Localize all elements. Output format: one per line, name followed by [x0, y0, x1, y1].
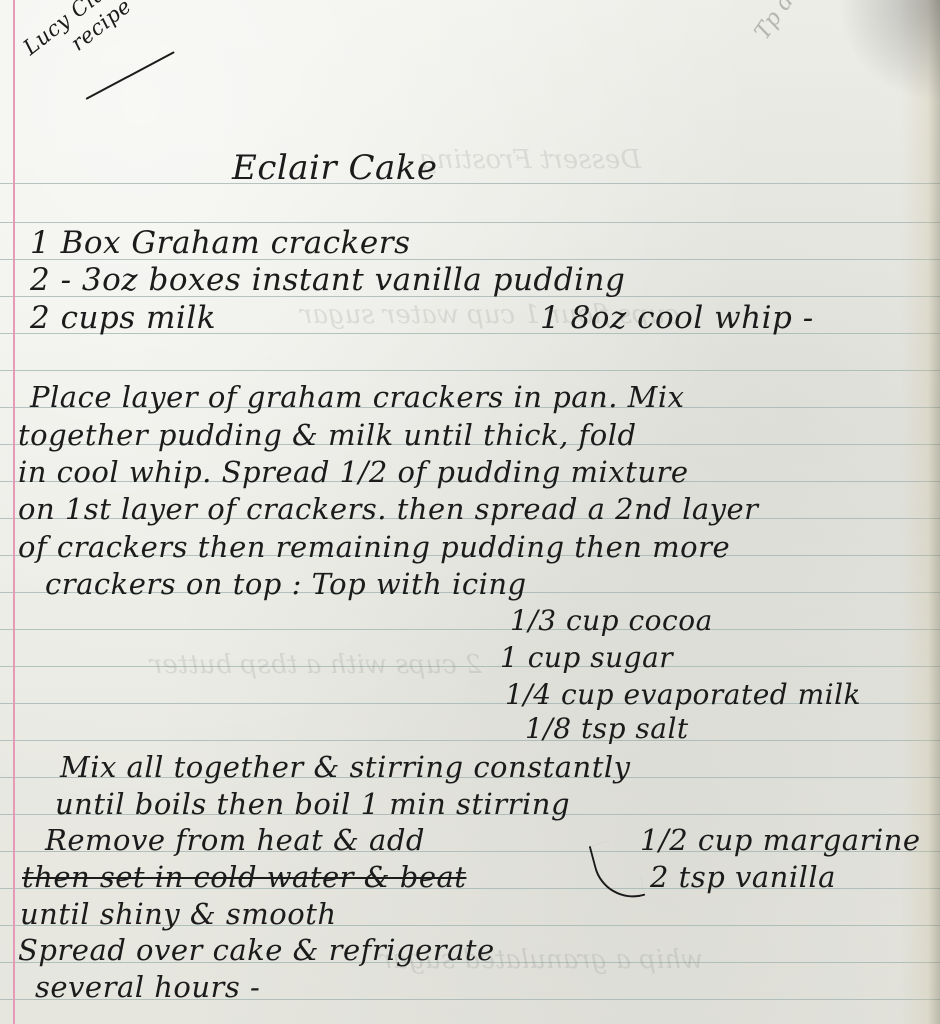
- instruction-line: on 1st layer of crackers. then spread a …: [18, 492, 759, 526]
- icing-instruction-line: until shiny & smooth: [20, 897, 337, 931]
- ruled-line: [0, 222, 940, 223]
- addition-item: 1/2 cup margarine: [640, 823, 921, 857]
- notebook-page: Dessert Frosting cups flour 1 cup water …: [0, 0, 940, 1024]
- page-edge-shadow: [900, 0, 940, 1024]
- icing-ingredient: 1/4 cup evaporated milk: [505, 678, 861, 711]
- addition-item: 2 tsp vanilla: [650, 860, 836, 894]
- ingredient-item: 2 cups milk: [30, 300, 216, 336]
- ruled-line: [0, 183, 940, 184]
- icing-instruction-line: until boils then boil 1 min stirring: [55, 787, 570, 821]
- icing-ingredient: 1/8 tsp salt: [525, 712, 689, 745]
- ruled-line: [0, 370, 940, 371]
- ruled-line: [0, 740, 940, 741]
- icing-instruction-line: Mix all together & stirring constantly: [60, 750, 631, 784]
- bleed-through-text: 2 cups with a tbsp butter: [150, 650, 482, 680]
- attribution-underline: [86, 51, 175, 100]
- icing-ingredient: 1/3 cup cocoa: [510, 604, 713, 637]
- bleed-through-text: Dessert Frosting: [420, 145, 641, 175]
- ingredient-item: 1 8oz cool whip -: [540, 300, 814, 336]
- icing-instruction-line: Spread over cake & refrigerate: [18, 933, 495, 967]
- ruled-line: [0, 629, 940, 630]
- instruction-line: together pudding & milk until thick, fol…: [18, 418, 637, 452]
- instruction-line: crackers on top : Top with icing: [45, 567, 527, 601]
- pencil-scribble: Tp dl ng: [750, 0, 823, 44]
- instruction-line: Place layer of graham crackers in pan. M…: [30, 380, 685, 414]
- instruction-line: of crackers then remaining pudding then …: [18, 530, 730, 564]
- instruction-line: in cool whip. Spread 1/2 of pudding mixt…: [18, 455, 689, 489]
- ingredient-item: 2 - 3oz boxes instant vanilla pudding: [30, 262, 625, 298]
- recipe-attribution: Lucy Clarkson's recipe: [18, 0, 189, 81]
- icing-instruction-line: several hours -: [35, 970, 260, 1004]
- icing-ingredient: 1 cup sugar: [500, 641, 673, 674]
- recipe-title: Eclair Cake: [232, 148, 437, 188]
- ingredient-item: 1 Box Graham crackers: [30, 225, 411, 261]
- bracket-mark: [589, 836, 646, 907]
- margin-line: [13, 0, 15, 1024]
- icing-instruction-line: Remove from heat & add: [45, 823, 425, 857]
- page-corner-shadow: [820, 0, 940, 120]
- icing-instruction-line: then set in cold water & beat: [22, 860, 466, 894]
